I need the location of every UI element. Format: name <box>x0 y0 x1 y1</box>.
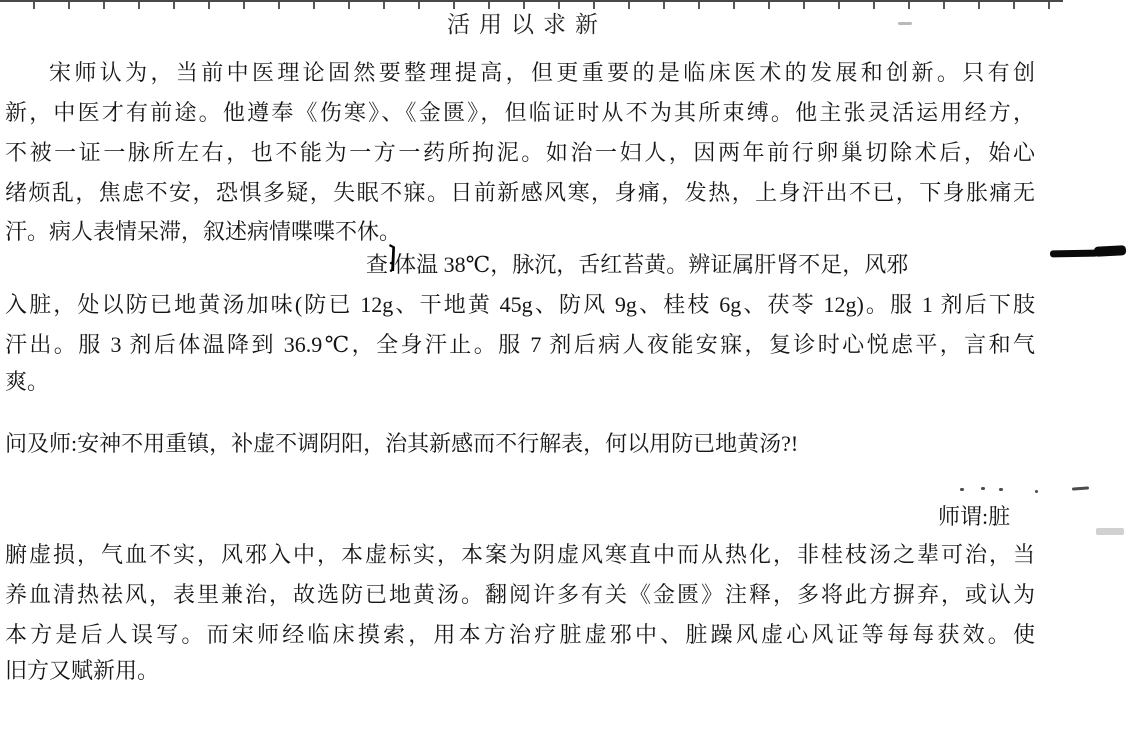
ink-smudge <box>1050 250 1098 258</box>
scan-artifact-dot <box>999 488 1003 491</box>
scan-bleed-mark <box>1096 528 1124 535</box>
body-line: 新，中医才有前途。他遵奉《伤寒》、《金匮》，但临证时从不为其所束缚。他主张灵活运… <box>5 99 1035 127</box>
body-line: 旧方又赋新用。 <box>5 657 159 685</box>
scan-artifact-dash <box>898 22 912 25</box>
body-line: 汗出。服 3 剂后体温降到 36.9℃，全身汗止。服 7 剂后病人夜能安寐，复诊… <box>5 331 1035 359</box>
body-line: 汗。病人表情呆滞，叙述病情喋喋不休。 <box>5 218 401 246</box>
scanned-document-page: 活用以求新 宋师认为，当前中医理论固然要整理提高，但更重要的是临床医术的发展和创… <box>0 0 1128 744</box>
scan-artifact-dot <box>981 487 985 490</box>
body-line: 腑虚损，气血不实，风邪入中，本虚标实，本案为阴虚风寒直中而从热化，非桂枝汤之辈可… <box>5 541 1035 569</box>
body-line: 宋师认为，当前中医理论固然要整理提高，但更重要的是临床医术的发展和创新。只有创 <box>49 59 1035 87</box>
page-title: 活用以求新 <box>447 6 607 39</box>
body-line: 爽。 <box>5 368 49 396</box>
body-line: 入脏，处以防已地黄汤加味(防已 12g、干地黄 45g、防风 9g、桂枝 6g、… <box>5 291 1035 319</box>
body-line: 问及师:安神不用重镇，补虚不调阴阳，治其新感而不行解表，何以用防已地黄汤?! <box>5 430 798 458</box>
ink-smudge <box>1094 245 1126 257</box>
body-line: 师谓:脏 <box>938 503 1010 531</box>
body-line: 绪烦乱，焦虑不安，恐惧多疑，失眠不寐。日前新感风寒，身痛，发热，上身汗出不已，下… <box>5 179 1035 207</box>
scan-artifact-dot <box>960 488 964 491</box>
body-line: 本方是后人误写。而宋师经临床摸索，用本方治疗脏虚邪中、脏躁风虚心风证等每每获效。… <box>5 621 1035 649</box>
body-line: 养血清热祛风，表里兼治，故选防已地黄汤。翻阅许多有关《金匮》注释，多将此方摒弃，… <box>5 581 1035 609</box>
scan-artifact-dash <box>1072 486 1089 490</box>
body-line: 查:体温 38℃，脉沉，舌红苔黄。辨证属肝肾不足，风邪 <box>366 251 908 279</box>
scan-artifact-dot <box>1035 490 1038 493</box>
body-line: 不被一证一脉所左右，也不能为一方一药所拘泥。如治一妇人，因两年前行卵巢切除术后，… <box>5 139 1035 167</box>
